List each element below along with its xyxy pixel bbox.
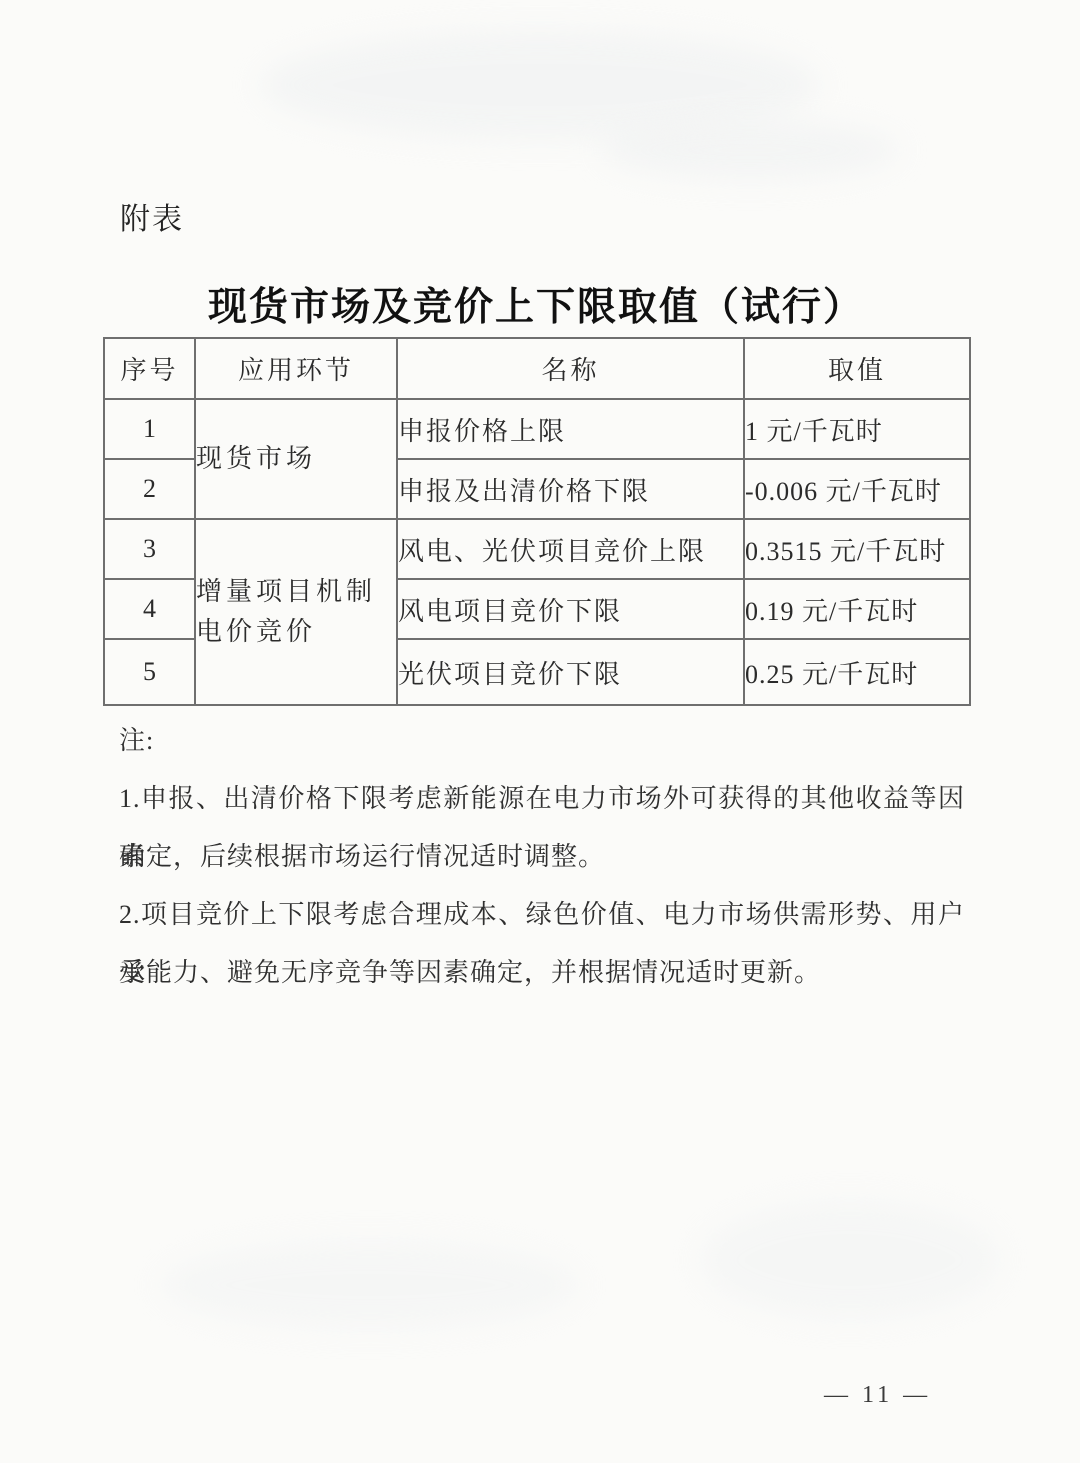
row-name: 光伏项目竞价下限 <box>397 639 744 705</box>
row-value: 0.3515 元/千瓦时 <box>744 519 970 579</box>
scan-artifact <box>600 120 900 180</box>
row-value: 1 元/千瓦时 <box>744 399 970 459</box>
note-2-line-1: 2.项目竞价上下限考虑合理成本、绿色价值、电力市场供需形势、用户承 <box>119 886 965 944</box>
stage-label-line: 电价竞价 <box>196 612 396 652</box>
row-index: 1 <box>104 399 195 459</box>
row-value: 0.25 元/千瓦时 <box>744 639 970 705</box>
limits-table: 序号 应用环节 名称 取值 1 现货市场 申报价格上限 1 元/千瓦时 2 申报… <box>103 337 971 706</box>
row-index: 3 <box>104 519 195 579</box>
header-index: 序号 <box>104 338 195 399</box>
row-name: 申报及出清价格下限 <box>397 459 744 519</box>
scan-artifact <box>700 1200 1000 1320</box>
note-2-line-2: 受能力、避免无序竞争等因素确定，并根据情况适时更新。 <box>119 944 965 1002</box>
table-row: 1 现货市场 申报价格上限 1 元/千瓦时 <box>104 399 970 459</box>
header-name: 名称 <box>397 338 744 399</box>
row-index: 4 <box>104 579 195 639</box>
scan-artifact <box>160 1240 580 1330</box>
stage-label: 现货市场 <box>196 439 396 479</box>
row-name: 风电项目竞价下限 <box>397 579 744 639</box>
table-header-row: 序号 应用环节 名称 取值 <box>104 338 970 399</box>
stage-label-line: 增量项目机制 <box>196 572 396 612</box>
stage-cell-spot-market: 现货市场 <box>195 399 397 519</box>
page-number: — 11 — <box>824 1382 931 1409</box>
stage-cell-incremental-bidding: 增量项目机制 电价竞价 <box>195 519 397 705</box>
row-value: 0.19 元/千瓦时 <box>744 579 970 639</box>
row-name: 申报价格上限 <box>397 399 744 459</box>
note-1-line-1: 1.申报、出清价格下限考虑新能源在电力市场外可获得的其他收益等因素 <box>119 770 965 828</box>
header-value: 取值 <box>744 338 970 399</box>
header-stage: 应用环节 <box>195 338 397 399</box>
table-row: 3 增量项目机制 电价竞价 风电、光伏项目竞价上限 0.3515 元/千瓦时 <box>104 519 970 579</box>
row-name: 风电、光伏项目竞价上限 <box>397 519 744 579</box>
notes-label: 注: <box>119 712 965 770</box>
table-title: 现货市场及竞价上下限取值（试行） <box>103 276 969 332</box>
row-index: 5 <box>104 639 195 705</box>
note-1-line-2: 确定，后续根据市场运行情况适时调整。 <box>119 828 965 886</box>
notes-section: 注: 1.申报、出清价格下限考虑新能源在电力市场外可获得的其他收益等因素 确定，… <box>119 712 965 1002</box>
row-value: -0.006 元/千瓦时 <box>744 459 970 519</box>
document-page: 附表 现货市场及竞价上下限取值（试行） 序号 应用环节 名称 取值 1 现货市场… <box>0 0 1080 1463</box>
row-index: 2 <box>104 459 195 519</box>
appendix-label: 附表 <box>120 194 184 238</box>
